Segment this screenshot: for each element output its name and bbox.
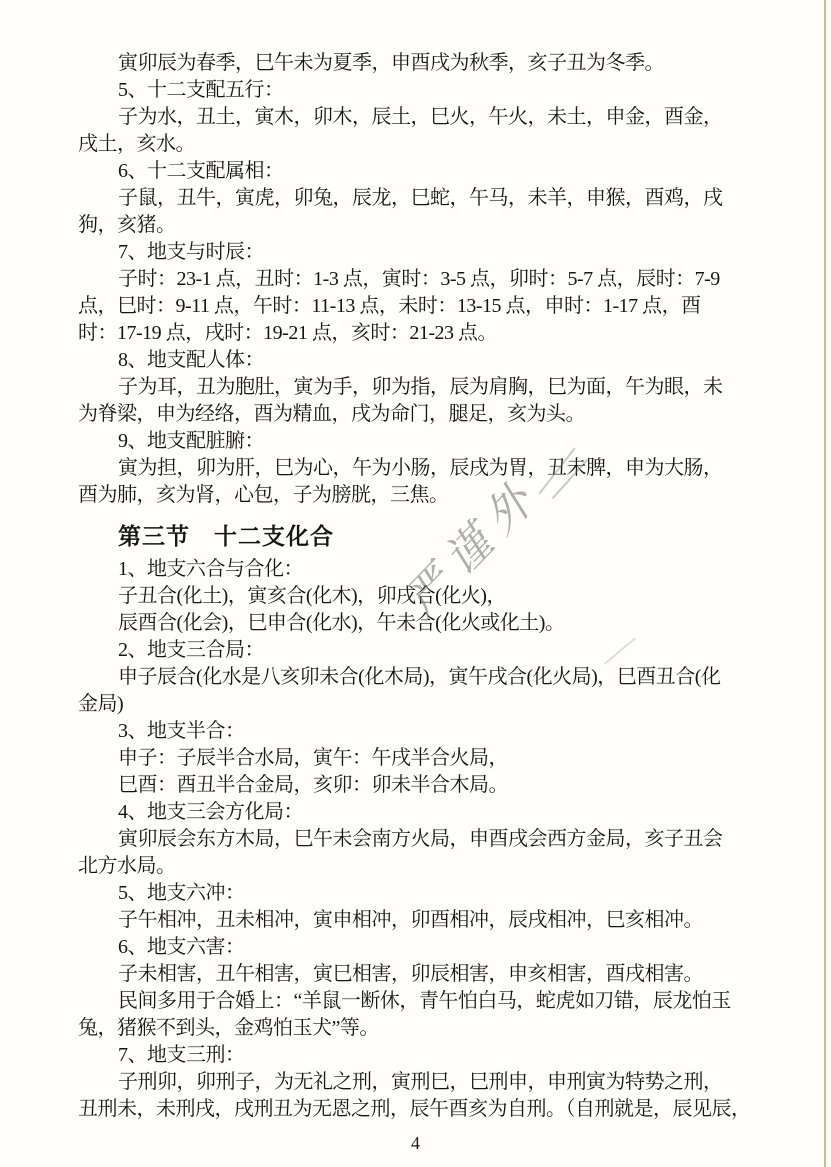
document-content: 寅卯辰为春季，巳午未为夏季，申酉戌为秋季，亥子丑为冬季。5、十二支配五行：子为水… xyxy=(0,0,831,1123)
text-line: 子鼠，丑牛，寅虎，卯兔，辰龙，巳蛇，午马，未羊，申猴，酉鸡，戌 xyxy=(118,185,831,212)
text-line: 申子：子辰半合水局，寅午：午戌半合火局， xyxy=(118,745,831,772)
scanned-document-page: 寅卯辰为春季，巳午未为夏季，申酉戌为秋季，亥子丑为冬季。5、十二支配五行：子为水… xyxy=(0,0,831,1167)
text-line: 子时：23-1 点，丑时：1-3 点，寅时：3-5 点，卯时：5-7 点，辰时：… xyxy=(118,266,831,293)
text-line: 酉为肺，亥为肾，心包，子为膀胱，三焦。 xyxy=(78,482,831,509)
text-line: 子刑卯，卯刑子，为无礼之刑，寅刑巳，巳刑申，申刑寅为特势之刑， xyxy=(118,1069,831,1096)
section-heading: 第三节 十二支化合 xyxy=(118,521,831,551)
page-number: 4 xyxy=(0,1133,831,1154)
text-line: 民间多用于合婚上：“羊鼠一断休，青午怕白马，蛇虎如刀错，辰龙怕玉 xyxy=(118,988,831,1015)
text-line: 7、地支三刑： xyxy=(118,1042,831,1069)
text-line: 金局) xyxy=(78,691,831,718)
text-line: 狗，亥猪。 xyxy=(78,212,831,239)
text-line: 丑刑未，未刑戌，戌刑丑为无恩之刑，辰午酉亥为自刑。（自刑就是，辰见辰， xyxy=(78,1096,831,1123)
scan-edge-line xyxy=(824,0,826,1167)
text-line: 戌土，亥水。 xyxy=(78,131,831,158)
body-bottom: 1、地支六合与合化：子丑合(化土)，寅亥合(化木)，卯戌合(化火)，辰酉合(化会… xyxy=(78,556,831,1123)
text-line: 子午相冲，丑未相冲，寅申相冲，卯酉相冲，辰戌相冲，巳亥相冲。 xyxy=(118,907,831,934)
text-line: 4、地支三会方化局： xyxy=(118,799,831,826)
text-line: 7、地支与时辰： xyxy=(118,239,831,266)
text-line: 北方水局。 xyxy=(78,853,831,880)
text-line: 8、地支配人体： xyxy=(118,347,831,374)
text-line: 2、地支三合局： xyxy=(118,637,831,664)
text-line: 子为耳，丑为胞肚，寅为手，卯为指，辰为肩胸，巳为面，午为眼，未 xyxy=(118,374,831,401)
text-line: 子未相害，丑午相害，寅巳相害，卯辰相害，申亥相害，酉戌相害。 xyxy=(118,961,831,988)
text-line: 6、十二支配属相： xyxy=(118,158,831,185)
text-line: 巳酉：酉丑半合金局，亥卯：卯未半合木局。 xyxy=(118,772,831,799)
text-line: 9、地支配脏腑： xyxy=(118,428,831,455)
text-line: 3、地支半合： xyxy=(118,718,831,745)
text-line: 点，巳时：9-11 点，午时：11-13 点，未时：13-15 点，申时：1-1… xyxy=(78,293,831,320)
text-line: 子丑合(化土)，寅亥合(化木)，卯戌合(化火)， xyxy=(118,583,831,610)
body-top: 寅卯辰为春季，巳午未为夏季，申酉戌为秋季，亥子丑为冬季。5、十二支配五行：子为水… xyxy=(78,50,831,509)
text-line: 5、地支六冲： xyxy=(118,880,831,907)
text-line: 申子辰合(化水是八亥卯未合(化木局)，寅午戌合(化火局)，巳酉丑合(化 xyxy=(118,664,831,691)
text-line: 1、地支六合与合化： xyxy=(118,556,831,583)
text-line: 子为水，丑土，寅木，卯木，辰土，巳火，午火，未土，申金，酉金， xyxy=(118,104,831,131)
text-line: 兔，猪猴不到头，金鸡怕玉犬”等。 xyxy=(78,1015,831,1042)
text-line: 寅卯辰会东方木局，巳午未会南方火局，申酉戌会西方金局，亥子丑会 xyxy=(118,826,831,853)
text-line: 为脊梁，申为经络，酉为精血，戌为命门，腿足，亥为头。 xyxy=(78,401,831,428)
text-line: 寅为担，卯为肝，巳为心，午为小肠，辰戌为胃，丑未脾，申为大肠， xyxy=(118,455,831,482)
text-line: 时：17-19 点，戌时：19-21 点，亥时：21-23 点。 xyxy=(78,320,831,347)
text-line: 寅卯辰为春季，巳午未为夏季，申酉戌为秋季，亥子丑为冬季。 xyxy=(118,50,831,77)
text-line: 6、地支六害： xyxy=(118,934,831,961)
text-line: 5、十二支配五行： xyxy=(118,77,831,104)
text-line: 辰酉合(化会)，巳申合(化水)，午未合(化火或化土)。 xyxy=(118,610,831,637)
